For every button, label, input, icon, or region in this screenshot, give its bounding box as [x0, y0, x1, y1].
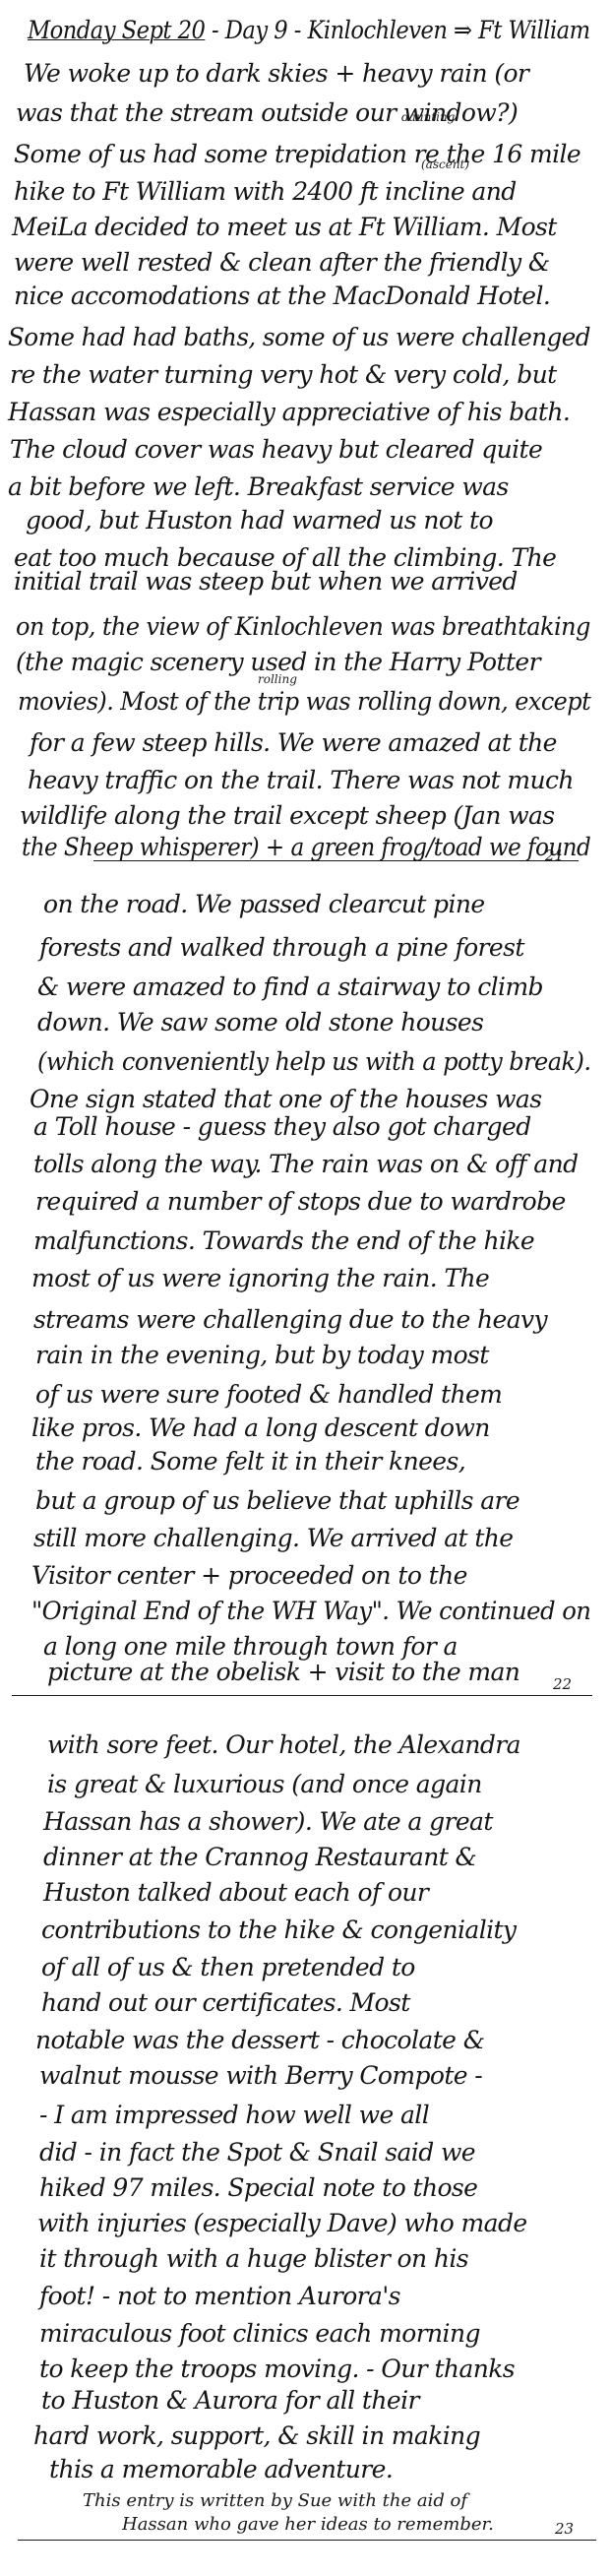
page-number: 21 — [545, 847, 564, 864]
journal-line: of us were sure footed & handled them — [35, 1380, 502, 1410]
page-divider — [18, 2540, 596, 2541]
journal-line: the Sheep whisperer) + a green frog/toad… — [22, 833, 590, 862]
journal-line: to keep the troops moving. - Our thanks — [39, 2355, 515, 2384]
journal-line: Some had had baths, some of us were chal… — [8, 323, 590, 352]
journal-line: (which conveniently help us with a potty… — [37, 1047, 590, 1077]
footnote-line: This entry is written by Sue with the ai… — [83, 2490, 467, 2512]
journal-line: The cloud cover was heavy but cleared qu… — [10, 435, 542, 465]
journal-line: down. We saw some old stone houses — [37, 1008, 483, 1037]
entry-date: Monday Sept 20 — [28, 16, 205, 44]
journal-line: re the water turning very hot & very col… — [10, 360, 557, 390]
journal-line: Huston talked about each of our — [43, 1878, 428, 1908]
journal-line: it through with a huge blister on his — [39, 2244, 468, 2274]
journal-line: but a group of us believe that uphills a… — [35, 1486, 519, 1516]
journal-line: were well rested & clean after the frien… — [14, 248, 550, 278]
journal-line: miraculous foot clinics each morning — [39, 2319, 480, 2349]
journal-line: Some of us had some trepidation re the 1… — [14, 140, 580, 169]
journal-line: notable was the dessert - chocolate & — [35, 2026, 484, 2055]
journal-line: hard work, support, & skill in making — [33, 2421, 480, 2451]
journal-line: did - in fact the Spot & Snail said we — [39, 2138, 475, 2168]
journal-line: the road. Some felt it in their knees, — [35, 1447, 465, 1476]
journal-line: still more challenging. We arrived at th… — [33, 1524, 513, 1553]
journal-line: a Toll house - guess they also got charg… — [33, 1112, 531, 1142]
journal-line: tolls along the way. The rain was on & o… — [33, 1150, 578, 1179]
journal-line: forests and walked through a pine forest — [39, 933, 524, 963]
journal-line: One sign stated that one of the houses w… — [30, 1085, 541, 1114]
journal-line: movies). Most of the trip was rolling do… — [18, 687, 590, 717]
entry-heading: Monday Sept 20 - Day 9 - Kinlochleven ⇒ … — [28, 16, 590, 45]
journal-line: & were amazed to find a stairway to clim… — [37, 973, 543, 1002]
page-number: 22 — [553, 1675, 572, 1693]
journal-line: on top, the view of Kinlochleven was bre… — [16, 612, 590, 642]
journal-line: rain in the evening, but by today most — [35, 1341, 489, 1370]
journal-line: malfunctions. Towards the end of the hik… — [33, 1226, 534, 1256]
journal-line: heavy traffic on the trail. There was no… — [28, 766, 574, 795]
journal-line: picture at the obelisk + visit to the ma… — [47, 1658, 519, 1687]
journal-line: required a number of stops due to wardro… — [35, 1187, 566, 1217]
journal-line: hiked 97 miles. Special note to those — [39, 2173, 477, 2203]
journal-line: wildlife along the trail except sheep (J… — [20, 801, 555, 831]
journal-line: most of us were ignoring the rain. The — [31, 1264, 489, 1293]
journal-line: is great & luxurious (and once again — [47, 1770, 482, 1799]
journal-line: "Original End of the WH Way". We continu… — [31, 1597, 590, 1626]
journal-line: Hassan has a shower). We ate a great — [43, 1807, 493, 1837]
journal-line: dinner at the Crannog Restaurant & — [43, 1843, 476, 1872]
journal-line: of all of us & then pretended to — [41, 1953, 415, 1982]
journal-line: - I am impressed how well we all — [39, 2101, 429, 2130]
footnote-line: Hassan who gave her ideas to remember. — [122, 2514, 494, 2536]
journal-line: Visitor center + proceeded on to the — [31, 1561, 467, 1591]
journal-line: initial trail was steep but when we arri… — [14, 567, 518, 597]
page-divider — [93, 860, 579, 861]
journal-line: was that the stream outside our window?) — [16, 98, 518, 128]
journal-line: hand out our certificates. Most — [41, 1988, 410, 2018]
journal-line: good, but Huston had warned us not to — [26, 506, 493, 535]
journal-line: We woke up to dark skies + heavy rain (o… — [24, 59, 528, 89]
journal-line: like pros. We had a long descent down — [31, 1414, 490, 1443]
journal-line: foot! - not to mention Aurora's — [39, 2282, 400, 2311]
journal-line: streams were challenging due to the heav… — [33, 1305, 547, 1335]
journal-line: walnut mousse with Berry Compote - — [39, 2061, 482, 2091]
journal-line: this a memorable adventure. — [49, 2455, 393, 2484]
journal-line: hike to Ft William with 2400 ft incline … — [14, 177, 517, 207]
journal-line: nice accomodations at the MacDonald Hote… — [14, 282, 550, 311]
journal-line: with injuries (especially Dave) who made — [37, 2209, 527, 2238]
page-divider — [12, 1695, 592, 1696]
entry-route: - Day 9 - Kinlochleven ⇒ Ft William — [205, 16, 589, 44]
journal-line: (the magic scenery used in the Harry Pot… — [16, 648, 540, 677]
journal-line: contributions to the hike & congeniality — [41, 1916, 516, 1945]
page-number: 23 — [555, 2520, 574, 2538]
journal-line: for a few steep hills. We were amazed at… — [30, 728, 557, 758]
journal-line: Hassan was especially appreciative of hi… — [8, 398, 570, 427]
journal-line: MeiLa decided to meet us at Ft William. … — [12, 213, 557, 242]
journal-line: on the road. We passed clearcut pine — [43, 890, 485, 919]
journal-scan: Monday Sept 20 - Day 9 - Kinlochleven ⇒ … — [0, 0, 611, 2576]
journal-line: to Huston & Aurora for all their — [41, 2386, 419, 2416]
journal-line: a bit before we left. Breakfast service … — [8, 472, 509, 502]
journal-line: with sore feet. Our hotel, the Alexandra — [47, 1730, 520, 1760]
